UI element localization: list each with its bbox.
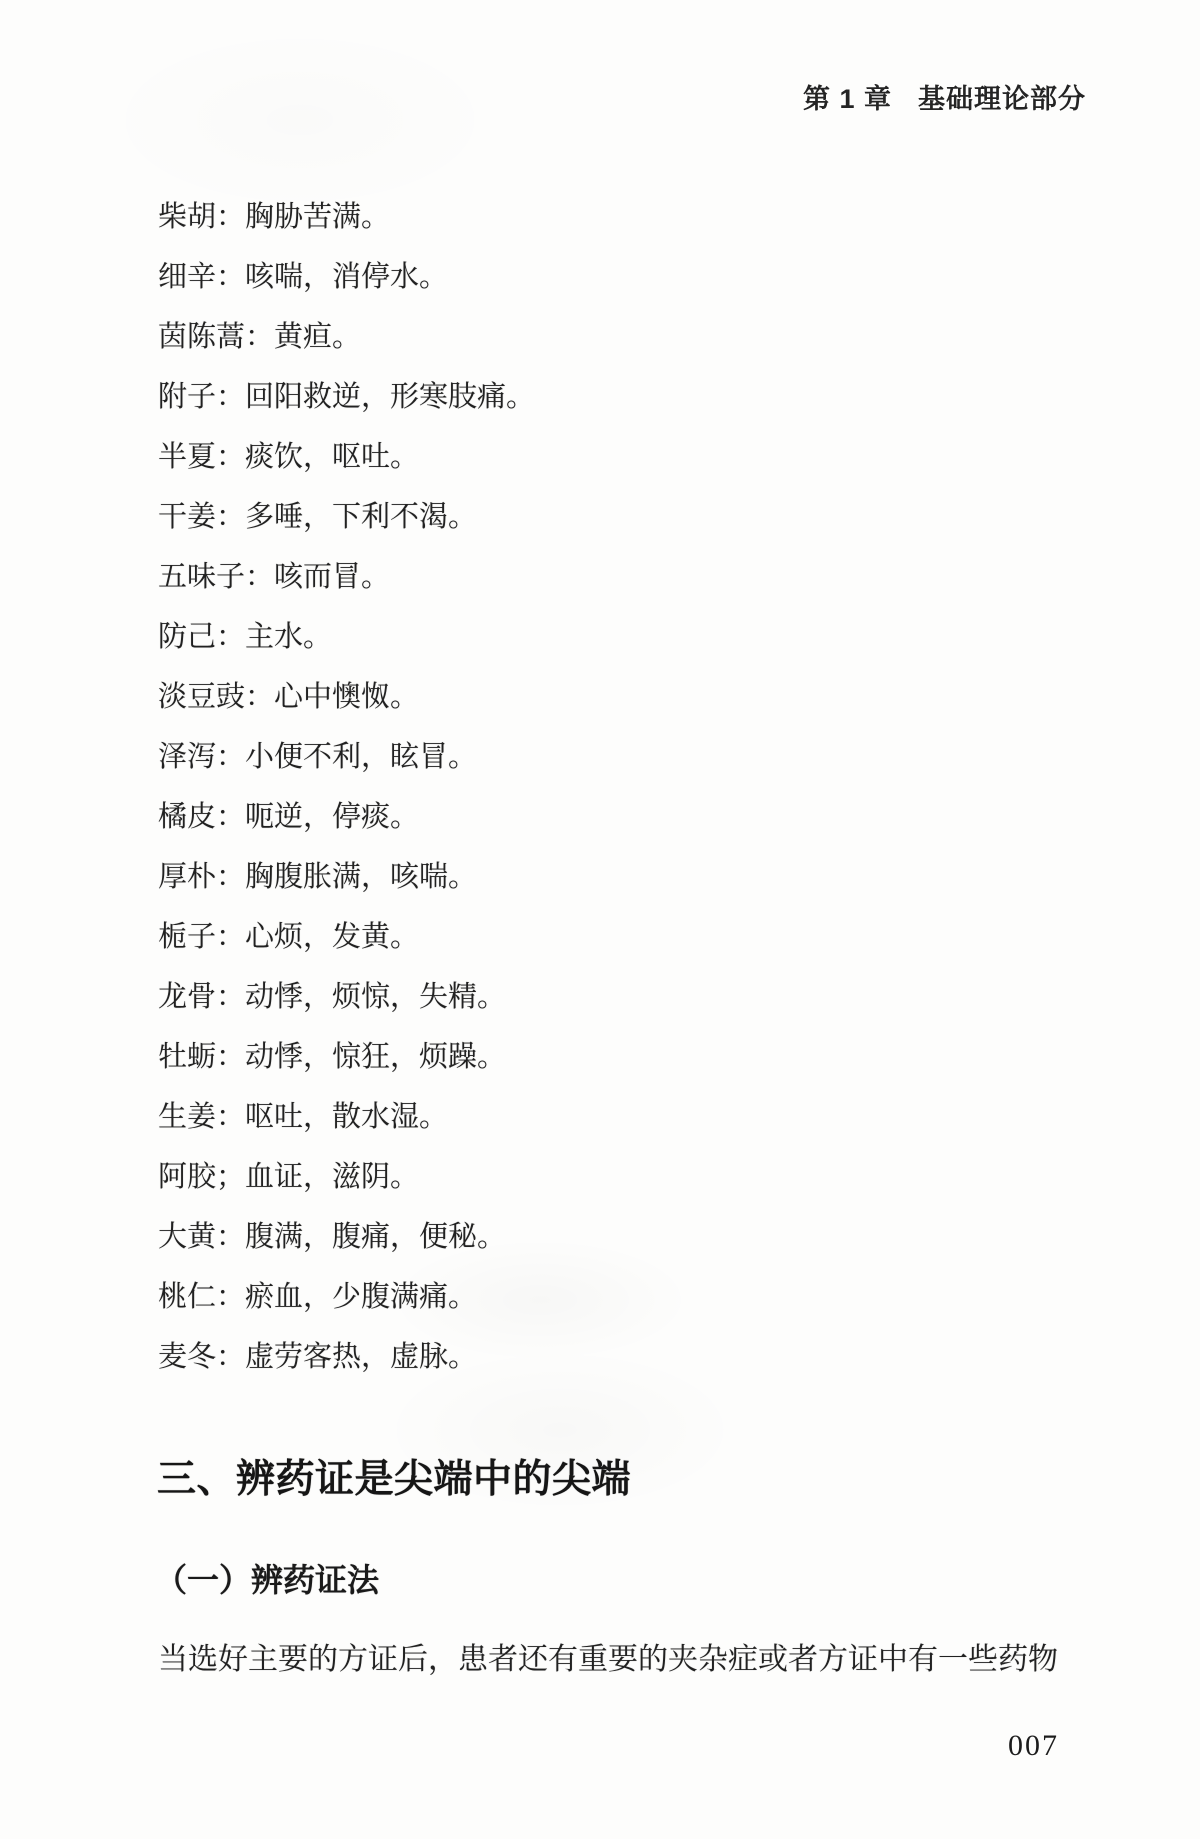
herb-line: 桃仁：瘀血，少腹满痛。 <box>158 1267 535 1327</box>
herb-indication: 痰饮，呕吐。 <box>245 441 419 473</box>
herb-separator: ： <box>216 1341 245 1373</box>
herb-name: 半夏 <box>158 441 216 473</box>
herb-line: 麦冬：虚劳客热，虚脉。 <box>158 1327 535 1387</box>
herb-indication: 胸腹胀满，咳喘。 <box>245 861 477 893</box>
herb-name: 大黄 <box>158 1221 216 1253</box>
herb-name: 干姜 <box>158 501 216 533</box>
herb-name: 附子 <box>158 381 216 413</box>
herb-name: 牡蛎 <box>158 1041 216 1073</box>
herb-indication: 血证，滋阴。 <box>245 1161 419 1193</box>
herb-indication: 动悸，烦惊，失精。 <box>245 981 506 1013</box>
herb-separator: ： <box>216 1041 245 1073</box>
subsection-heading: （一）辨药证法 <box>155 1552 379 1608</box>
herb-name: 柴胡 <box>158 201 216 233</box>
herb-separator: ： <box>216 801 245 833</box>
herb-name: 橘皮 <box>158 801 216 833</box>
herb-indication: 黄疸。 <box>274 321 361 353</box>
herb-separator: ： <box>216 441 245 473</box>
herb-name: 生姜 <box>158 1101 216 1133</box>
herb-name: 五味子 <box>158 561 245 593</box>
chapter-header: 第 1 章基础理论部分 <box>0 82 1086 116</box>
herb-name: 栀子 <box>158 921 216 953</box>
herb-line: 防己：主水。 <box>158 607 535 667</box>
herb-indication: 咳喘，消停水。 <box>245 261 448 293</box>
herb-line: 五味子：咳而冒。 <box>158 547 535 607</box>
herb-separator: ： <box>245 681 274 713</box>
herb-separator: ： <box>216 1101 245 1133</box>
herb-separator: ： <box>216 381 245 413</box>
herb-name: 阿胶 <box>158 1161 216 1193</box>
herb-name: 淡豆豉 <box>158 681 245 713</box>
herb-indication: 腹满，腹痛，便秘。 <box>245 1221 506 1253</box>
herb-name: 泽泻 <box>158 741 216 773</box>
book-page: 第 1 章基础理论部分 柴胡：胸胁苦满。 细辛：咳喘，消停水。 茵陈蒿：黄疸。 … <box>0 0 1200 1839</box>
herb-separator: ： <box>216 501 245 533</box>
herb-line: 泽泻：小便不利，眩冒。 <box>158 727 535 787</box>
herb-line: 牡蛎：动悸，惊狂，烦躁。 <box>158 1027 535 1087</box>
herb-separator: ： <box>216 201 245 233</box>
herb-line: 橘皮：呃逆，停痰。 <box>158 787 535 847</box>
herb-indication: 小便不利，眩冒。 <box>245 741 477 773</box>
herb-indication: 心烦，发黄。 <box>245 921 419 953</box>
herb-line: 栀子：心烦，发黄。 <box>158 907 535 967</box>
herb-separator: ： <box>216 261 245 293</box>
herb-line: 阿胶；血证，滋阴。 <box>158 1147 535 1207</box>
herb-indication: 回阳救逆，形寒肢痛。 <box>245 381 535 413</box>
herb-indication: 呃逆，停痰。 <box>245 801 419 833</box>
herb-line: 茵陈蒿：黄疸。 <box>158 307 535 367</box>
herb-indication: 动悸，惊狂，烦躁。 <box>245 1041 506 1073</box>
herb-line: 龙骨：动悸，烦惊，失精。 <box>158 967 535 1027</box>
herb-line: 淡豆豉：心中懊怓。 <box>158 667 535 727</box>
herb-indication: 胸胁苦满。 <box>245 201 390 233</box>
herb-line: 干姜：多唾，下利不渴。 <box>158 487 535 547</box>
herb-line: 柴胡：胸胁苦满。 <box>158 187 535 247</box>
herb-separator: ； <box>216 1161 245 1193</box>
herb-indication: 主水。 <box>245 621 332 653</box>
herb-line: 细辛：咳喘，消停水。 <box>158 247 535 307</box>
herb-line: 半夏：痰饮，呕吐。 <box>158 427 535 487</box>
herb-indication: 虚劳客热，虚脉。 <box>245 1341 477 1373</box>
herb-separator: ： <box>216 981 245 1013</box>
page-number: 007 <box>1008 1726 1059 1766</box>
chapter-title: 基础理论部分 <box>918 84 1086 114</box>
herb-name: 防己 <box>158 621 216 653</box>
herb-indication: 瘀血，少腹满痛。 <box>245 1281 477 1313</box>
herb-indication: 多唾，下利不渴。 <box>245 501 477 533</box>
chapter-number: 第 1 章 <box>803 84 892 114</box>
herb-line: 附子：回阳救逆，形寒肢痛。 <box>158 367 535 427</box>
herb-separator: ： <box>245 321 274 353</box>
herb-separator: ： <box>216 861 245 893</box>
herb-name: 茵陈蒿 <box>158 321 245 353</box>
herb-separator: ： <box>216 1281 245 1313</box>
herb-name: 厚朴 <box>158 861 216 893</box>
herb-separator: ： <box>216 1221 245 1253</box>
subsection-title: 辨药证法 <box>251 1562 379 1598</box>
body-paragraph: 当选好主要的方证后，患者还有重要的夹杂症或者方证中有一些药物 <box>158 1632 1078 1688</box>
subsection-numbering: （一） <box>155 1562 251 1598</box>
herb-name: 麦冬 <box>158 1341 216 1373</box>
herb-indication: 咳而冒。 <box>274 561 390 593</box>
herb-separator: ： <box>216 921 245 953</box>
herb-name: 龙骨 <box>158 981 216 1013</box>
herb-indication: 心中懊怓。 <box>274 681 419 713</box>
herb-line: 厚朴：胸腹胀满，咳喘。 <box>158 847 535 907</box>
herb-separator: ： <box>216 621 245 653</box>
herb-indication: 呕吐，散水湿。 <box>245 1101 448 1133</box>
herb-name: 细辛 <box>158 261 216 293</box>
herb-line: 生姜：呕吐，散水湿。 <box>158 1087 535 1147</box>
herb-name: 桃仁 <box>158 1281 216 1313</box>
herb-separator: ： <box>245 561 274 593</box>
herb-separator: ： <box>216 741 245 773</box>
herb-indication-list: 柴胡：胸胁苦满。 细辛：咳喘，消停水。 茵陈蒿：黄疸。 附子：回阳救逆，形寒肢痛… <box>158 187 535 1387</box>
herb-line: 大黄：腹满，腹痛，便秘。 <box>158 1207 535 1267</box>
section-heading: 三、辨药证是尖端中的尖端 <box>157 1450 631 1510</box>
